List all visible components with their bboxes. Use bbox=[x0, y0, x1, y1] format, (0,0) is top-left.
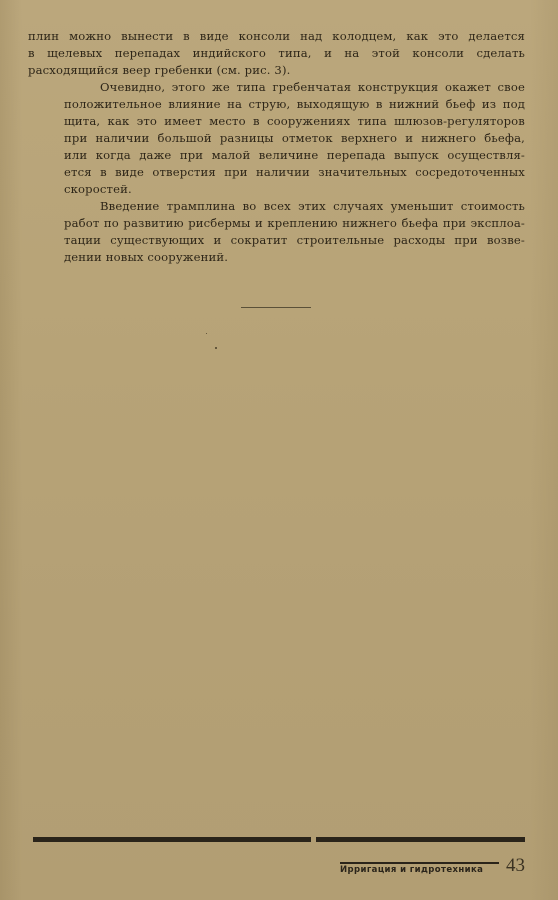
text-line: работ по развитию рисбермы и креплению н… bbox=[28, 215, 525, 232]
text-line: Введение трамплина во всех этих случаях … bbox=[28, 198, 525, 215]
text-line: ется в виде отверстия при наличии значит… bbox=[28, 164, 525, 181]
text-line: плин можно вынести в виде консоли над ко… bbox=[28, 28, 525, 45]
text-line: в щелевых перепадах индийского типа, и н… bbox=[28, 45, 525, 62]
running-title-rule bbox=[340, 862, 499, 864]
body-text: плин можно вынести в виде консоли над ко… bbox=[28, 28, 525, 266]
footer-rule-right bbox=[316, 837, 525, 842]
section-end-rule bbox=[241, 307, 311, 308]
text-line: при наличии большой разницы отметок верх… bbox=[28, 130, 525, 147]
paragraph-3: Введение трамплина во всех этих случаях … bbox=[28, 198, 525, 266]
text-line: тации существующих и сократит строительн… bbox=[28, 232, 525, 249]
page-number: 43 bbox=[506, 855, 525, 877]
paragraph-1: плин можно вынести в виде консоли над ко… bbox=[28, 28, 525, 79]
print-speck bbox=[206, 333, 207, 334]
text-line: расходящийся веер гребенки (см. рис. 3). bbox=[28, 62, 525, 79]
text-line: дении новых сооружений. bbox=[28, 249, 525, 266]
running-title: Ирригация и гидротехника bbox=[340, 865, 500, 875]
text-line: Очевидно, этого же типа гребенчатая конс… bbox=[28, 79, 525, 96]
text-line: скоростей. bbox=[28, 181, 525, 198]
text-line: или когда даже при малой величине перепа… bbox=[28, 147, 525, 164]
print-speck bbox=[215, 347, 217, 349]
text-line: положительное влияние на струю, выходящу… bbox=[28, 96, 525, 113]
text-line: щита, как это имеет место в сооружениях … bbox=[28, 113, 525, 130]
scanned-page: плин можно вынести в виде консоли над ко… bbox=[0, 0, 558, 900]
footer-rule-left bbox=[33, 837, 311, 842]
paragraph-2: Очевидно, этого же типа гребенчатая конс… bbox=[28, 79, 525, 198]
